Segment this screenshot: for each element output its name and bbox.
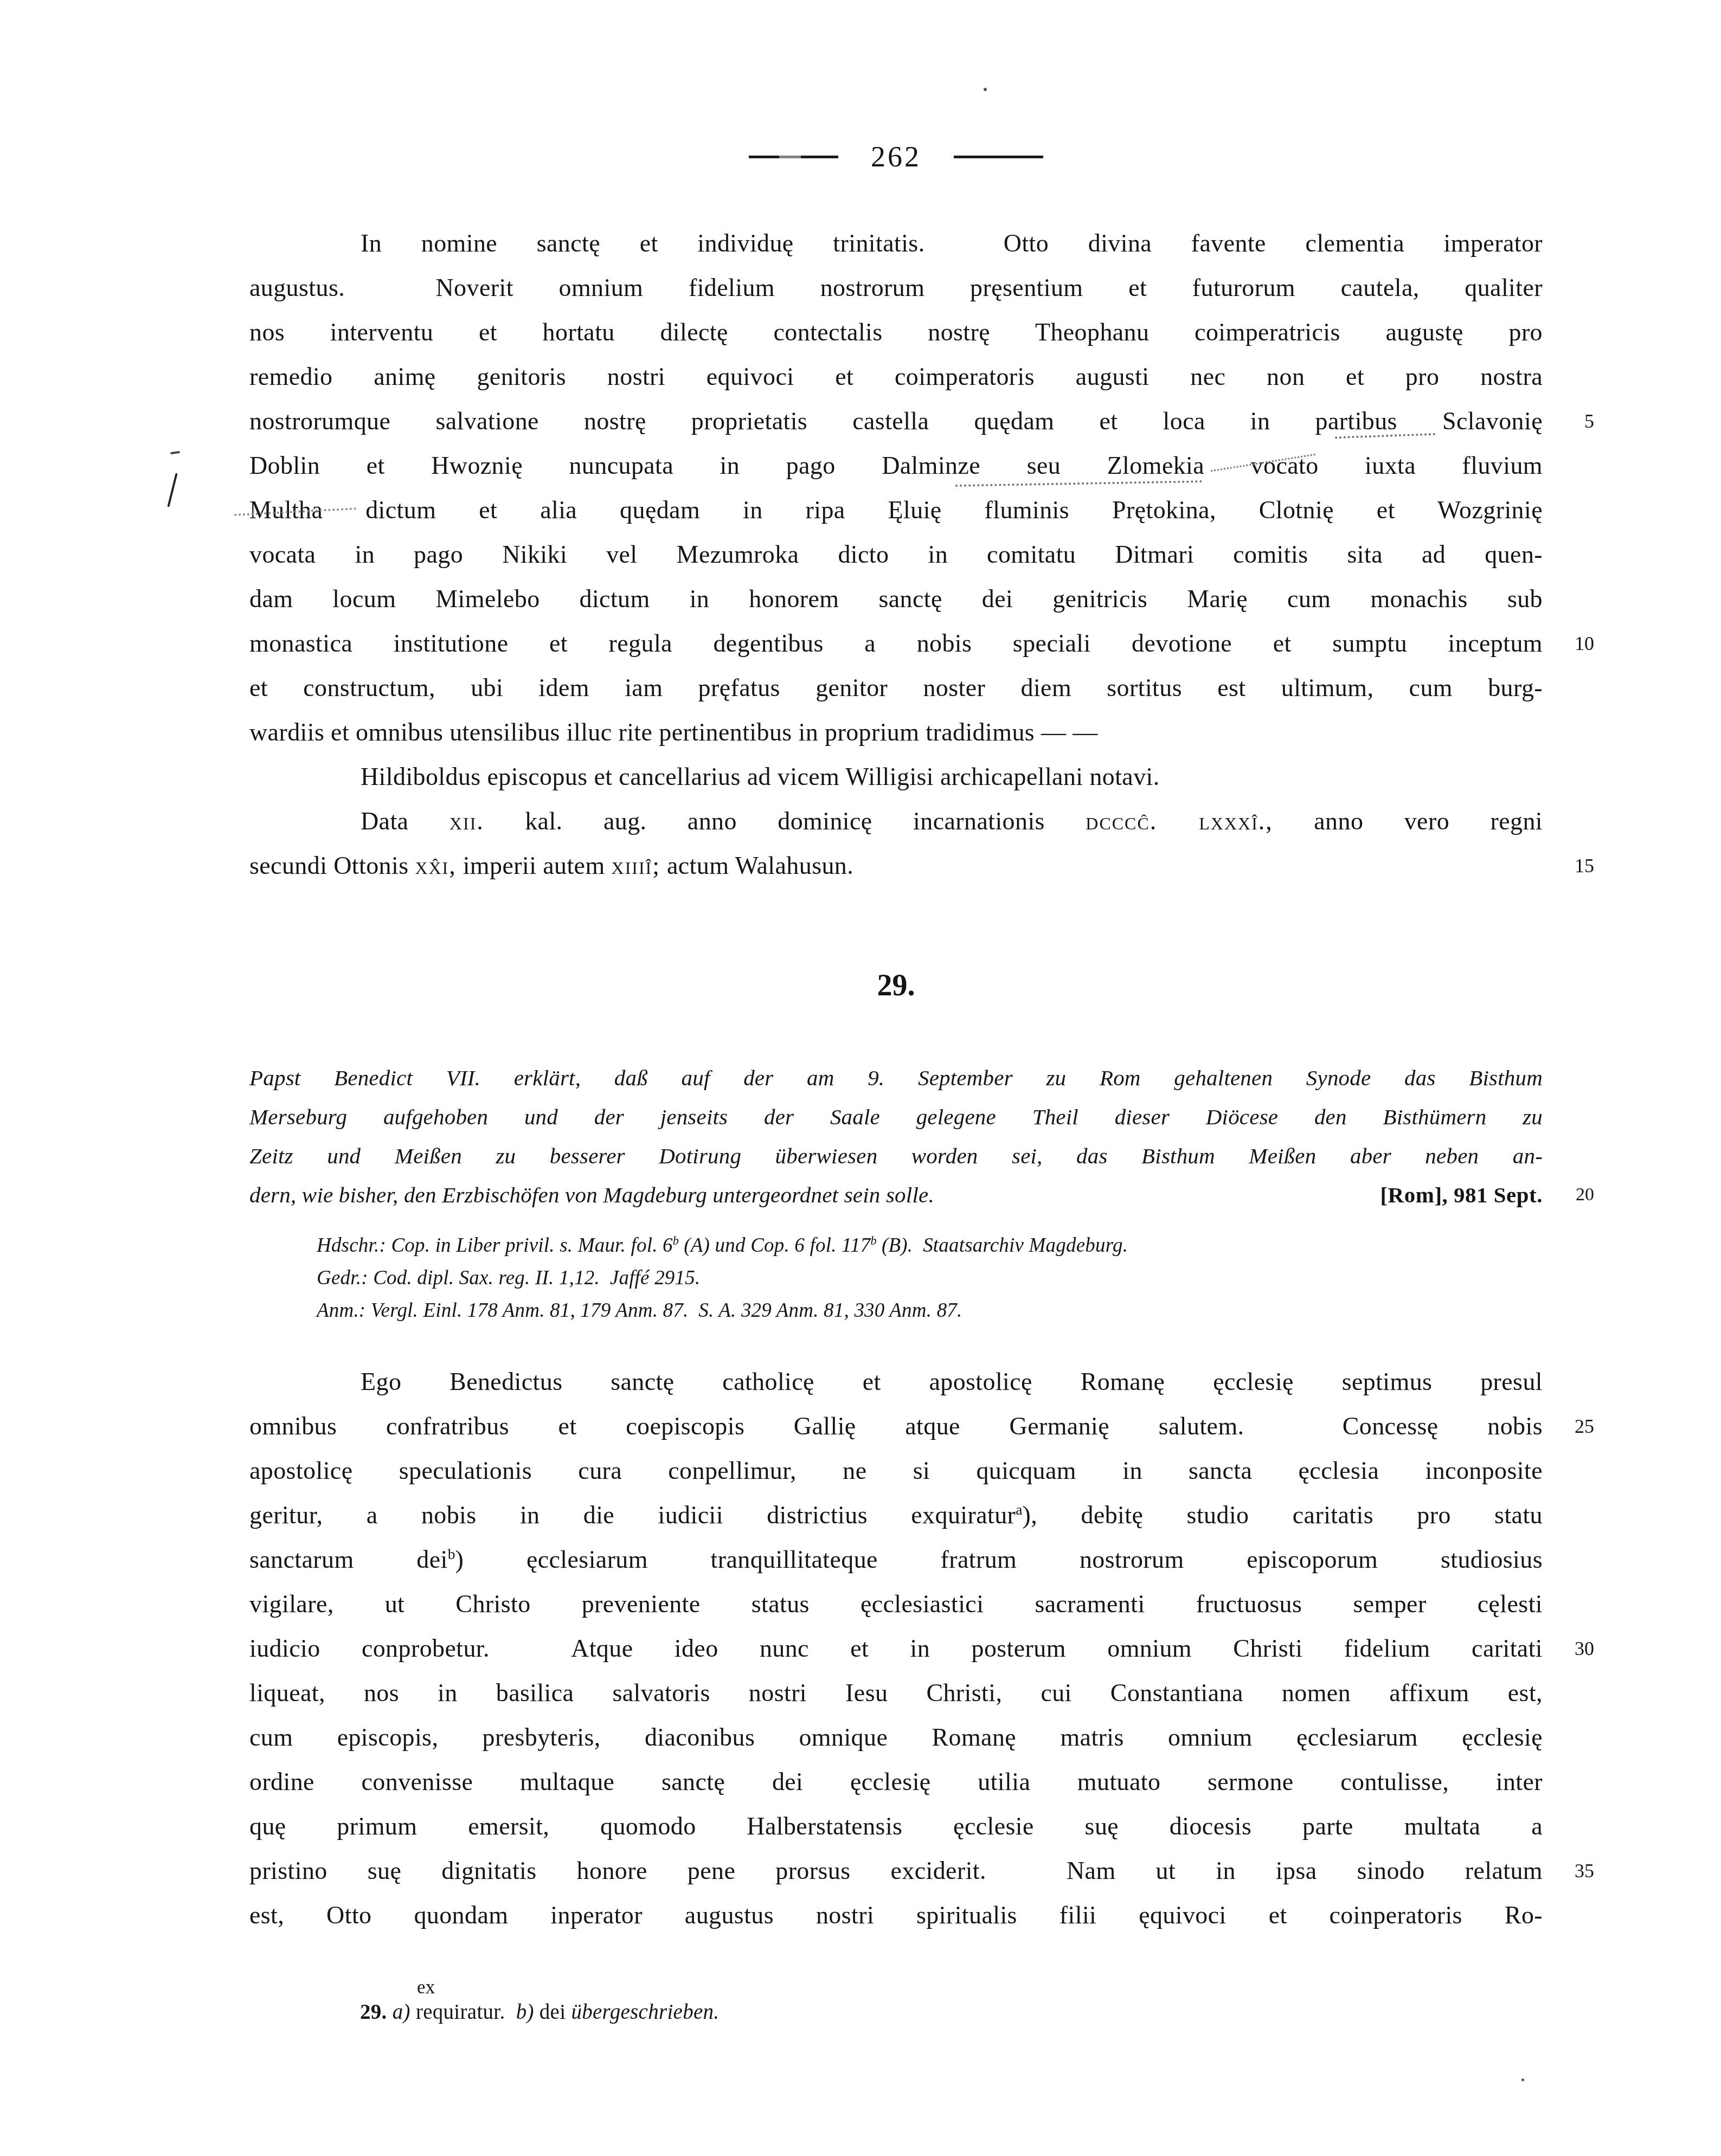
charter-29-line: geritur, a nobis in die iudicii district… [249, 1493, 1543, 1537]
charter-28-line: Multha dictum et alia quędam in ripa Ęlu… [249, 488, 1543, 532]
margin-line-number: 5 [1584, 399, 1594, 443]
line-text: sanctarum deib) ęcclesiarum tranquillita… [249, 1546, 1543, 1573]
charter-28-line: vocata in pago Nikiki vel Mezumroka dict… [249, 532, 1543, 577]
pencil-smudge [170, 451, 180, 454]
charter-29-line: Ego Benedictus sanctę catholicę et apost… [249, 1360, 1543, 1404]
charter-28-line: secundi Ottonis xx̂i, imperii autem xiii… [249, 844, 1543, 888]
charter-29-line: apostolicę speculationis cura conpellimu… [249, 1449, 1543, 1493]
scan-speck [984, 88, 987, 91]
line-text: cum episcopis, presbyteris, diaconibus o… [249, 1723, 1543, 1751]
charter-28-line: In nomine sanctę et individuę trinitatis… [249, 221, 1543, 266]
line-text: Doblin et Hwoznię nuncupata in pago Dalm… [249, 452, 1543, 479]
margin-line-number: 20 [1576, 1175, 1594, 1214]
charter-29-line: iudicio conprobetur. Atque ideo nunc et … [249, 1626, 1543, 1671]
charter-28-line: nos interventu et hortatu dilectę contec… [249, 310, 1543, 355]
line-text: geritur, a nobis in die iudicii district… [249, 1501, 1543, 1529]
scan-speck [1521, 2078, 1524, 2081]
charter-29-summary: Papst Benedict VII. erklärt, daß auf der… [249, 1058, 1543, 1214]
charter-29-text: Ego Benedictus sanctę catholicę et apost… [249, 1360, 1543, 1938]
line-text: Ego Benedictus sanctę catholicę et apost… [361, 1368, 1543, 1395]
line-text: remedio animę genitoris nostri equivoci … [249, 363, 1543, 390]
charter-29-line: vigilare, ut Christo preveniente status … [249, 1582, 1543, 1626]
line-text: liqueat, nos in basilica salvatoris nost… [249, 1679, 1543, 1707]
line-text: wardiis et omnibus utensilibus illuc rit… [249, 718, 1098, 746]
charter-28-line: remedio animę genitoris nostri equivoci … [249, 355, 1543, 399]
summary-line: Papst Benedict VII. erklärt, daß auf der… [249, 1058, 1543, 1097]
apparatus-line: Hdschr.: Cop. in Liber privil. s. Maur. … [317, 1230, 1542, 1262]
line-text: vocata in pago Nikiki vel Mezumroka dict… [249, 540, 1543, 568]
charter-29-line: pristino suę dignitatis honore pene pror… [249, 1849, 1543, 1893]
line-text: monastica institutione et regula degenti… [249, 629, 1543, 657]
charter-29-line: est, Otto quondam inperator augustus nos… [249, 1893, 1543, 1938]
line-text: Hildiboldus episcopus et cancellarius ad… [361, 763, 1160, 790]
charter-28-text: In nomine sanctę et individuę trinitatis… [249, 221, 1543, 888]
summary-line: Zeitz und Meißen zu besserer Dotirung üb… [249, 1136, 1543, 1175]
charter-28-line: Doblin et Hwoznię nuncupata in pago Dalm… [249, 443, 1543, 488]
line-text: quę primum emersit, quomodo Halberstaten… [249, 1812, 1543, 1840]
summary-line: dern, wie bisher, den Erzbischöfen von M… [249, 1175, 1543, 1214]
charter-29-line: cum episcopis, presbyteris, diaconibus o… [249, 1715, 1543, 1760]
line-text: Anm.: Vergl. Einl. 178 Anm. 81, 179 Anm.… [317, 1299, 962, 1322]
line-text: Hdschr.: Cop. in Liber privil. s. Maur. … [317, 1234, 1128, 1257]
margin-line-number: 10 [1575, 621, 1594, 666]
line-text: est, Otto quondam inperator augustus nos… [249, 1901, 1543, 1929]
charter-28-line: et constructum, ubi idem iam pręfatus ge… [249, 666, 1543, 710]
scanned-book-page: 262 In nomine sanctę et individuę trinit… [0, 0, 1721, 2156]
page-number: 262 [871, 140, 921, 173]
line-text: vigilare, ut Christo preveniente status … [249, 1590, 1543, 1618]
margin-line-number: 25 [1575, 1404, 1594, 1449]
header-rule-left [749, 156, 838, 158]
charter-29-line: quę primum emersit, quomodo Halberstaten… [249, 1804, 1543, 1849]
line-text: et constructum, ubi idem iam pręfatus ge… [249, 674, 1543, 701]
line-text: ordine convenisse multaque sanctę dei ęc… [249, 1768, 1543, 1795]
line-text: In nomine sanctę et individuę trinitatis… [361, 229, 1543, 257]
charter-28-line: Hildiboldus episcopus et cancellarius ad… [249, 755, 1543, 799]
charter-28-line: Data xii. kal. aug. anno dominicę incarn… [249, 799, 1543, 844]
line-text: omnibus confratribus et coepiscopis Gall… [249, 1412, 1543, 1440]
charter-28-line: wardiis et omnibus utensilibus illuc rit… [249, 710, 1543, 755]
apparatus-line: Anm.: Vergl. Einl. 178 Anm. 81, 179 Anm.… [317, 1295, 1542, 1327]
line-text: Papst Benedict VII. erklärt, daß auf der… [249, 1065, 1543, 1090]
charter-28-line: nostrorumque salvatione nostrę proprieta… [249, 399, 1543, 443]
line-text: iudicio conprobetur. Atque ideo nunc et … [249, 1634, 1543, 1662]
line-text: augustus. Noverit omnium fidelium nostro… [249, 274, 1543, 301]
charter-28-line: dam locum Mimelebo dictum in honorem san… [249, 577, 1543, 621]
line-text: secundi Ottonis xx̂i, imperii autem xiii… [249, 852, 853, 879]
line-text: nos interventu et hortatu dilectę contec… [249, 318, 1543, 346]
charter-28-line: monastica institutione et regula degenti… [249, 621, 1543, 666]
summary-line: Merseburg aufgehoben und der jenseits de… [249, 1097, 1543, 1136]
charter-29-line: sanctarum deib) ęcclesiarum tranquillita… [249, 1537, 1543, 1582]
margin-line-number: 30 [1575, 1626, 1594, 1671]
line-text: apostolicę speculationis cura conpellimu… [249, 1457, 1543, 1484]
line-text: dern, wie bisher, den Erzbischöfen von M… [249, 1182, 934, 1207]
pencil-slash-mark [167, 473, 177, 507]
line-text: dam locum Mimelebo dictum in honorem san… [249, 585, 1543, 613]
line-text: nostrorumque salvatione nostrę proprieta… [249, 407, 1543, 435]
header-rule-right [954, 156, 1043, 158]
charter-28-line: augustus. Noverit omnium fidelium nostro… [249, 266, 1543, 310]
footnote: 29. a) exrequiratur. b) dei übergeschrie… [360, 1999, 1553, 2026]
charter-29-line: ordine convenisse multaque sanctę dei ęc… [249, 1760, 1543, 1804]
running-head: 262 [249, 140, 1543, 173]
line-text: Zeitz und Meißen zu besserer Dotirung üb… [249, 1143, 1543, 1168]
apparatus-line: Gedr.: Cod. dipl. Sax. reg. II. 1,12. Ja… [317, 1262, 1542, 1295]
charter-29-apparatus: Hdschr.: Cop. in Liber privil. s. Maur. … [317, 1230, 1542, 1327]
line-text: Gedr.: Cod. dipl. Sax. reg. II. 1,12. Ja… [317, 1267, 700, 1289]
charter-29-number: 29. [249, 970, 1543, 1001]
margin-line-number: 15 [1575, 844, 1594, 888]
charter-29-line: liqueat, nos in basilica salvatoris nost… [249, 1671, 1543, 1715]
line-text: Merseburg aufgehoben und der jenseits de… [249, 1104, 1543, 1129]
margin-line-number: 35 [1575, 1849, 1594, 1893]
line-text: Multha dictum et alia quędam in ripa Ęlu… [249, 496, 1543, 524]
charter-29-line: omnibus confratribus et coepiscopis Gall… [249, 1404, 1543, 1449]
line-text: pristino suę dignitatis honore pene pror… [249, 1857, 1543, 1884]
charter-date: [Rom], 981 Sept. [1380, 1175, 1543, 1214]
line-text: Data xii. kal. aug. anno dominicę incarn… [361, 807, 1543, 835]
